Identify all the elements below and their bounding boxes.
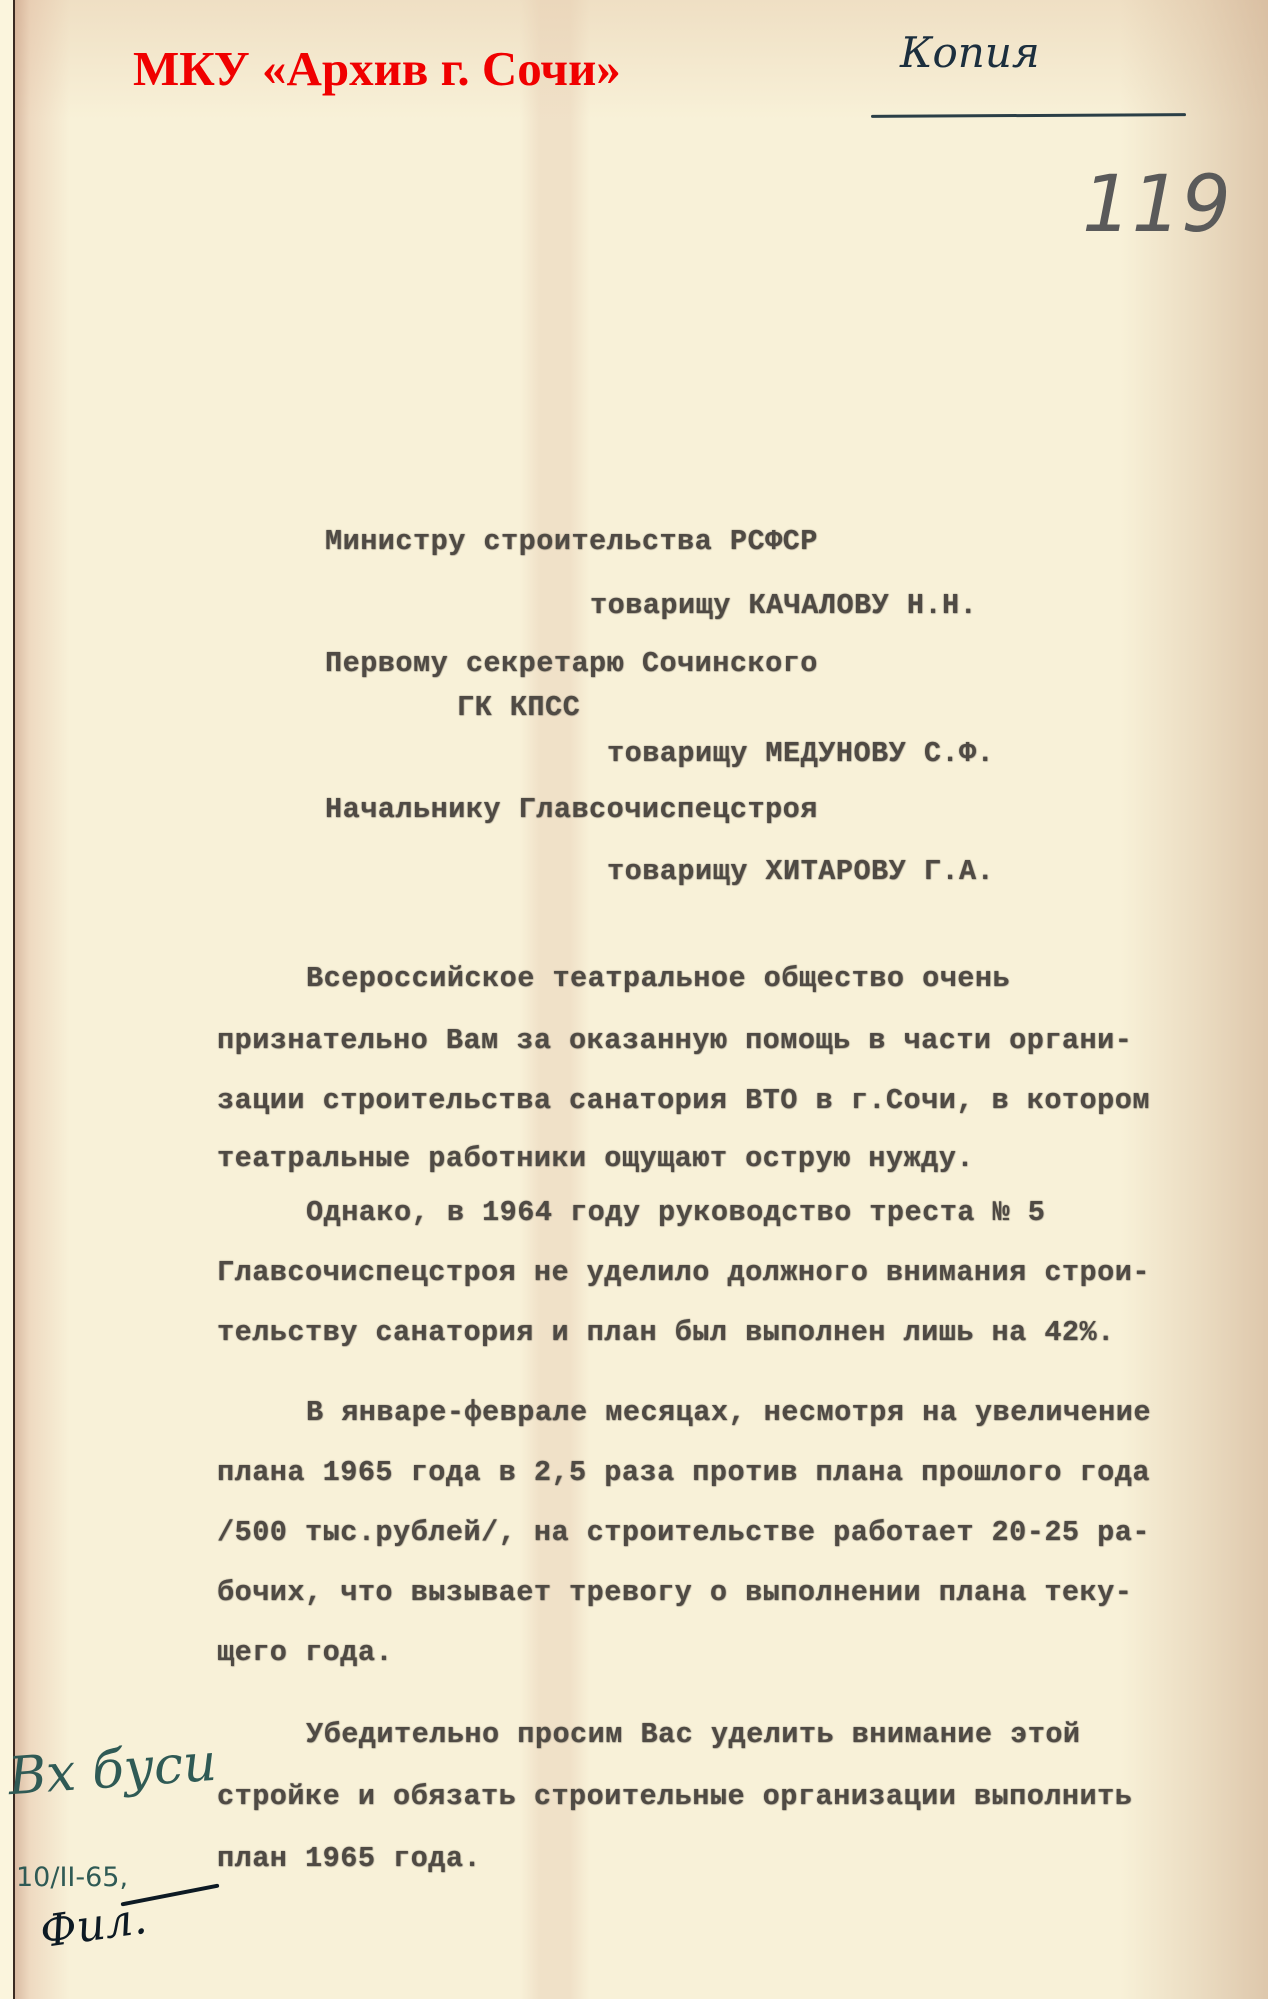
archive-stamp: МКУ «Архив г. Сочи» (133, 40, 621, 97)
document-page: МКУ «Архив г. Сочи» Копия 119 Министру с… (0, 0, 1268, 1999)
paragraph-1-line-1: Всероссийское театральное общество очень (306, 962, 1010, 995)
paragraph-3-line-4: бочих, что вызывает тревогу о выполнении… (217, 1576, 1132, 1609)
addressee-3-position: Начальнику Главсочиспецстроя (325, 796, 818, 825)
paragraph-2-line-1: Однако, в 1964 году руководство треста №… (306, 1196, 1045, 1229)
addressee-3-name: товарищу ХИТАРОВУ Г.А. (607, 858, 994, 887)
paragraph-3-line-1: В январе-феврале месяцах, несмотря на ув… (306, 1396, 1151, 1429)
paragraph-1-line-3: зации строительства санатория ВТО в г.Со… (217, 1084, 1150, 1117)
copy-mark-underline (871, 113, 1186, 118)
handwritten-resolution-note: Вх буси (6, 1733, 218, 1807)
paragraph-1-line-4: театральные работники ощущают острую нуж… (217, 1142, 974, 1175)
sheet-number: 119 (1082, 160, 1231, 250)
paragraph-3-line-2: плана 1965 года в 2,5 раза против плана … (217, 1456, 1150, 1489)
paragraph-4-line-1: Убедительно просим Вас уделить внимание … (306, 1718, 1081, 1751)
paragraph-2-line-3: тельству санатория и план был выполнен л… (217, 1316, 1115, 1349)
addressee-2-position: Первому секретарю Сочинского (325, 650, 818, 679)
paragraph-4-line-3: план 1965 года. (217, 1842, 481, 1875)
handwritten-date: 10/II-65, (16, 1862, 128, 1893)
copy-mark: Копия (900, 28, 1040, 77)
paragraph-1-line-2: признательно Вам за оказанную помощь в ч… (217, 1024, 1132, 1057)
paragraph-4-line-2: стройке и обязать строительные организац… (217, 1780, 1132, 1813)
addressee-1-position: Министру строительства РСФСР (325, 528, 818, 557)
page-binding-edge (0, 0, 15, 1999)
addressee-2-name: товарищу МЕДУНОВУ С.Ф. (607, 740, 994, 769)
addressee-1-name: товарищу КАЧАЛОВУ Н.Н. (590, 592, 977, 621)
addressee-2-position-line2: ГК КПСС (457, 694, 580, 723)
paragraph-2-line-2: Главсочиспецстроя не уделило должного вн… (217, 1256, 1150, 1289)
paragraph-3-line-5: щего года. (217, 1636, 393, 1669)
paragraph-3-line-3: /500 тыс.рублей/, на строительстве работ… (217, 1516, 1150, 1549)
